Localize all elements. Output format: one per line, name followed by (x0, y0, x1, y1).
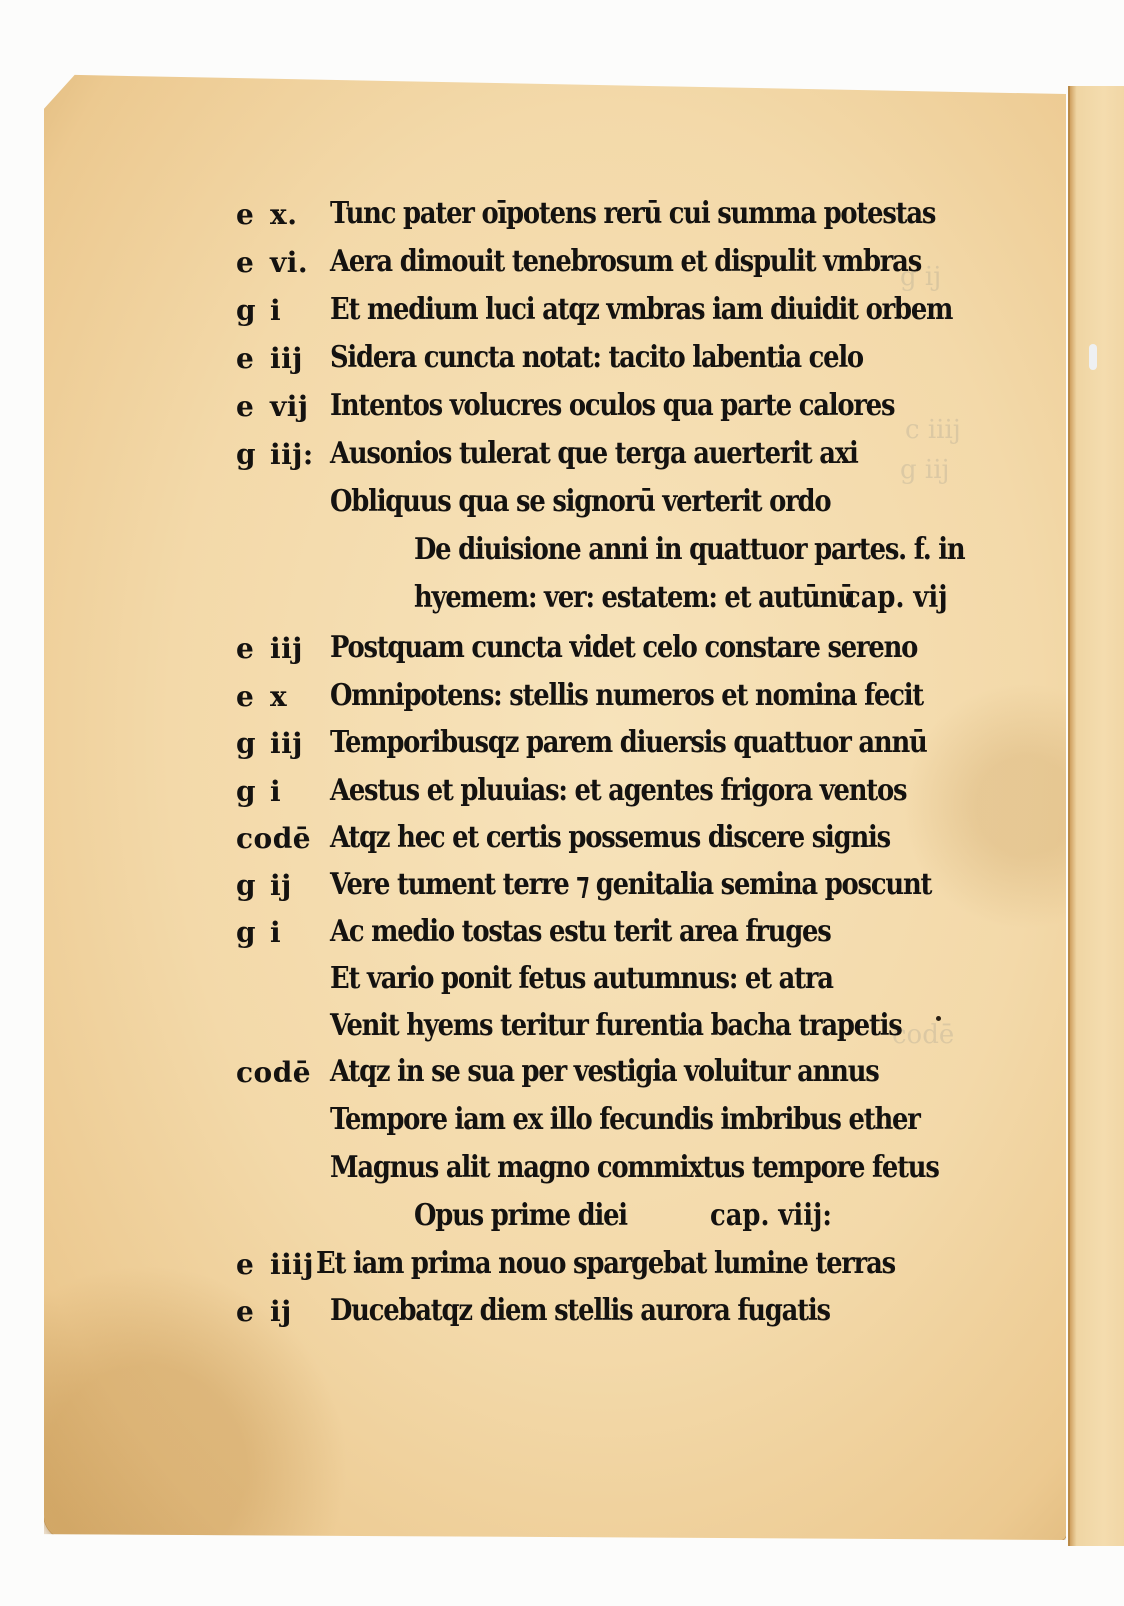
verse-line: Ducebatqz diem stellis aurora fugatis (330, 1293, 830, 1337)
margin-number: iij: (270, 438, 314, 471)
margin-letter: g (236, 869, 270, 902)
margin-number: i (270, 775, 281, 808)
margin-letter: e (236, 680, 270, 713)
margin-number: x (270, 680, 287, 713)
margin-note: eiij (236, 342, 303, 375)
margin-note: eiij (236, 632, 303, 665)
verse-line: Et iam prima nouo spargebat lumine terra… (316, 1246, 895, 1290)
margin-number: iij (270, 727, 303, 760)
margin-number: iij (270, 632, 303, 665)
verse-line: Tempore iam ex illo fecundis imbribus et… (330, 1102, 920, 1146)
margin-note: ex (236, 680, 287, 713)
margin-note: codē (236, 822, 311, 855)
verse-line: Intentos volucres oculos qua parte calor… (330, 388, 894, 432)
verse-line: Tunc pater oīpotens rerū cui summa potes… (330, 196, 935, 240)
margin-letter: codē (236, 822, 311, 855)
margin-note: gi (236, 294, 281, 327)
chapter-number: cap. viij: (710, 1198, 832, 1233)
margin-number: x. (270, 198, 297, 231)
margin-number: vi. (270, 246, 308, 279)
verse-line: Ac medio tostas estu terit area fruges (330, 914, 831, 958)
verse-line: Atqz hec et certis possemus discere sign… (330, 820, 890, 864)
margin-letter: g (236, 775, 270, 808)
margin-letter: e (236, 198, 270, 231)
margin-letter: e (236, 390, 270, 423)
margin-note: codē (236, 1056, 311, 1089)
margin-note: eij (236, 1295, 292, 1328)
margin-note: gi (236, 916, 281, 949)
margin-note: giij (236, 727, 303, 760)
verse-line: Omnipotens: stellis numeros et nomina fe… (330, 678, 923, 722)
margin-note: giij: (236, 438, 314, 471)
margin-note: gij (236, 869, 292, 902)
margin-note: evi. (236, 246, 308, 279)
margin-letter: e (236, 1295, 270, 1328)
margin-letter: e (236, 1248, 270, 1281)
margin-letter: codē (236, 1056, 311, 1089)
margin-letter: g (236, 438, 270, 471)
margin-note: ex. (236, 198, 297, 231)
verse-line: Postquam cuncta videt celo constare sere… (330, 630, 917, 674)
margin-letter: e (236, 246, 270, 279)
margin-number: i (270, 916, 281, 949)
text-block: ex. evi. gi eiij evij giij: eiij ex giij… (0, 0, 1124, 1606)
margin-letter: g (236, 727, 270, 760)
margin-letter: e (236, 632, 270, 665)
verse-line: Aera dimouit tenebrosum et dispulit vmbr… (330, 244, 921, 288)
scan-background: g ij c iiij g iij codē ex. evi. gi eiij … (0, 0, 1124, 1606)
chapter-heading: De diuisione anni in quattuor partes. f.… (414, 532, 964, 576)
margin-letter: e (236, 342, 270, 375)
margin-note: gi (236, 775, 281, 808)
verse-line: Sidera cuncta notat: tacito labentia cel… (330, 340, 863, 384)
verse-line: Vere tument terre ⁊ genitalia semina pos… (330, 867, 931, 911)
margin-number: iiij (270, 1248, 314, 1281)
verse-line: Atqz in se sua per vestigia voluitur ann… (330, 1054, 879, 1098)
verse-line: Temporibusqz parem diuersis quattuor ann… (330, 725, 927, 769)
margin-note: eiiij (236, 1248, 314, 1281)
chapter-heading: hyemem: ver: estatem: et autūnū (414, 580, 855, 624)
margin-number: ij (270, 1295, 292, 1328)
margin-number: iij (270, 342, 303, 375)
verse-line: Et vario ponit fetus autumnus: et atra (330, 961, 833, 1005)
margin-letter: g (236, 916, 270, 949)
margin-number: vij (270, 390, 309, 423)
verse-line: Et medium luci atqz vmbras iam diuidit o… (330, 292, 952, 336)
verse-line: Magnus alit magno commixtus tempore fetu… (330, 1150, 939, 1194)
chapter-heading: Opus prime diei (414, 1198, 627, 1242)
verse-line: Obliquus qua se signorū verterit ordo (330, 484, 830, 528)
verse-line: Ausonios tulerat que terga auerterit axi (330, 436, 858, 480)
verse-line: Aestus et pluuias: et agentes frigora ve… (330, 773, 906, 817)
margin-number: ij (270, 869, 292, 902)
chapter-number: cap. vij (845, 580, 948, 615)
margin-letter: g (236, 294, 270, 327)
verse-line: Venit hyems teritur furentia bacha trape… (330, 1008, 902, 1052)
margin-note: evij (236, 390, 309, 423)
margin-number: i (270, 294, 281, 327)
